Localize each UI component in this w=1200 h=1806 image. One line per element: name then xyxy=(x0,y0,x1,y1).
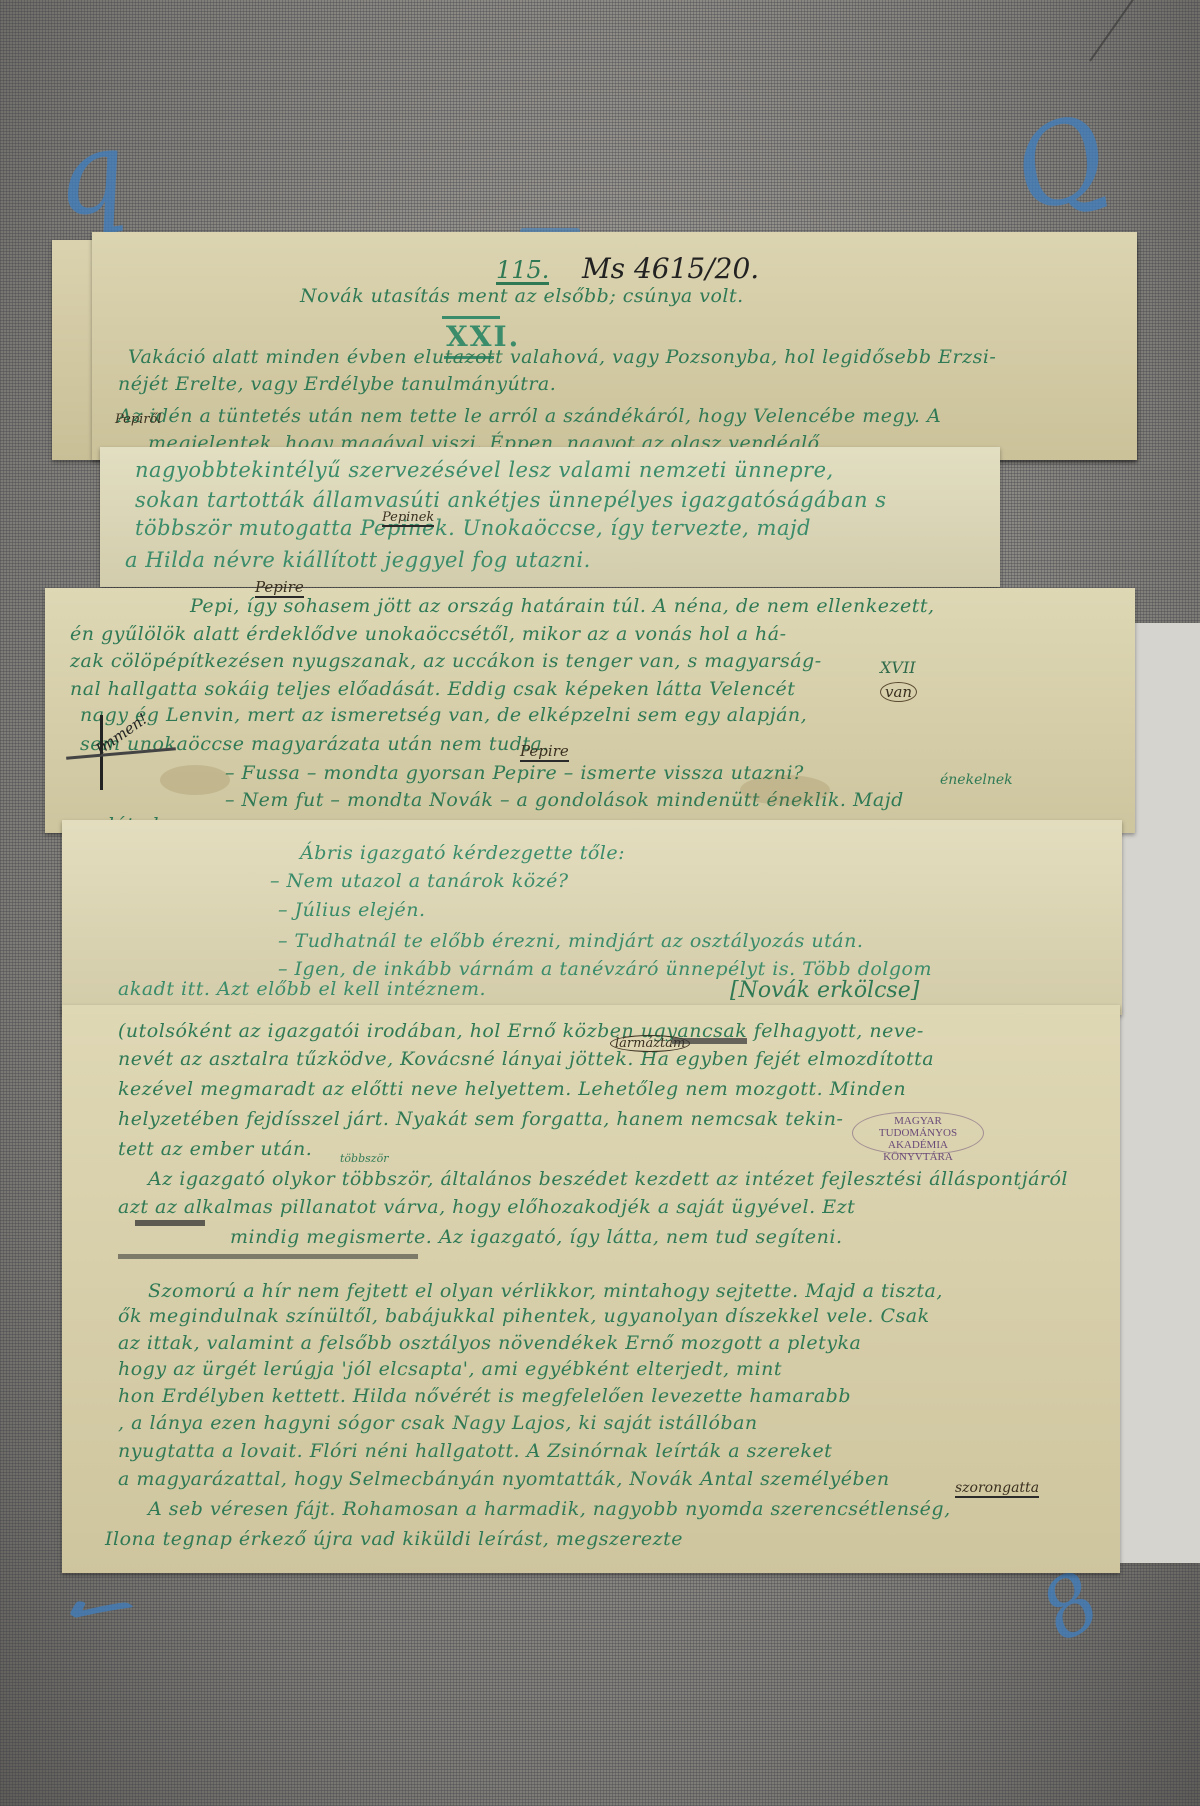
manuscript-line: a magyarázattal, hogy Selmecbányán nyomt… xyxy=(118,1468,890,1490)
manuscript-line: helyzetében fejdísszel járt. Nyakát sem … xyxy=(118,1108,843,1130)
manuscript-line: A seb véresen fájt. Rohamosan a harmadik… xyxy=(148,1498,951,1520)
correction-note: XVII xyxy=(880,658,916,677)
manuscript-line: nevét az asztalra tűzködve, Kovácsné lán… xyxy=(118,1048,934,1070)
correction-note: Pepinek xyxy=(382,510,434,527)
library-stamp: MAGYAR TUDOMÁNYOS AKADÉMIA KÖNYVTÁRA xyxy=(852,1112,984,1154)
manuscript-line: sokan tartották államvasúti ankétjes ünn… xyxy=(135,488,887,512)
manuscript-line: nagyobbtekintélyű szervezésével lesz val… xyxy=(135,458,834,482)
manuscript-line: Vakáció alatt minden évben elutazott val… xyxy=(128,346,996,368)
manuscript-line: hogy az ürgét lerúgja 'jól elcsapta', am… xyxy=(118,1358,782,1380)
manuscript-line: Ilona tegnap érkező újra vad kiküldi leí… xyxy=(105,1528,683,1550)
manuscript-line: Pepi, így sohasem jött az ország határai… xyxy=(190,595,935,617)
manuscript-line: Az idén a tüntetés után nem tette le arr… xyxy=(118,405,941,427)
manuscript-line: Ábris igazgató kérdezgette tőle: xyxy=(300,842,625,864)
manuscript-line: Novák utasítás ment az elsőbb; csúnya vo… xyxy=(300,285,744,307)
crossed-out-word xyxy=(672,1038,747,1044)
pencil-mark-top-right: Q xyxy=(996,88,1125,239)
manuscript-line: (utolsóként az igazgatói irodában, hol E… xyxy=(118,1020,924,1042)
correction-note: Pepiről xyxy=(115,412,162,427)
manuscript-line: én gyűlölök alatt érdeklődve unokaöccsét… xyxy=(70,623,787,645)
manuscript-line: a Hilda névre kiállított jeggyel fog uta… xyxy=(125,548,591,572)
stain xyxy=(740,775,830,805)
correction-note: szorongatta xyxy=(955,1480,1039,1498)
stamp-line: MAGYAR xyxy=(853,1115,983,1127)
manuscript-line: többször mutogatta Pepinek. Unokaöccse, … xyxy=(135,516,811,540)
manuscript-line: – Július elején. xyxy=(278,899,426,921)
stamp-line: KÖNYVTÁRA xyxy=(853,1151,983,1163)
folio-number: 115. xyxy=(496,258,549,285)
manuscript-line: nal hallgatta sokáig teljes előadását. E… xyxy=(70,678,795,700)
stain xyxy=(160,765,230,795)
manuscript-line: kezével megmaradt az előtti neve helyett… xyxy=(118,1078,906,1100)
signoff-note: [Novák erkölcse] xyxy=(730,978,919,1003)
correction-note: többször xyxy=(340,1152,388,1165)
manuscript-line: mindig megismerte. Az igazgató, így látt… xyxy=(230,1226,843,1248)
pencil-mark-top-left: q xyxy=(46,106,134,243)
manuscript-line: Szomorú a hír nem fejtett el olyan vérli… xyxy=(148,1280,943,1302)
manuscript-line: nagy ég Lenvin, mert az ismeretség van, … xyxy=(80,704,807,726)
manuscript-line: tett az ember után. xyxy=(118,1138,312,1160)
manuscript-line: – Nem utazol a tanárok közé? xyxy=(270,870,569,892)
manuscript-line: Az igazgató olykor többször, általános b… xyxy=(148,1168,1068,1190)
manuscript-line: az ittak, valamint a felsőbb osztályos n… xyxy=(118,1332,861,1354)
manuscript-line: – Igen, de inkább várnám a tanévzáró ünn… xyxy=(278,958,932,980)
manuscript-line: , a lánya ezen hagyni sógor csak Nagy La… xyxy=(118,1412,758,1434)
stamp-line: TUDOMÁNYOS AKADÉMIA xyxy=(853,1127,983,1151)
correction-note: van xyxy=(880,682,917,702)
manuscript-line: – Fussa – mondta gyorsan Pepire – ismert… xyxy=(225,762,804,784)
manuscript-line: hon Erdélyben kettett. Hilda nővérét is … xyxy=(118,1385,851,1407)
manuscript-line: azt az alkalmas pillanatot várva, hogy e… xyxy=(118,1196,855,1218)
manuscript-line: néjét Erelte, vagy Erdélybe tanulmányútr… xyxy=(118,373,556,395)
manuscript-line: zak cölöpépítkezésen nyugszanak, az uccá… xyxy=(70,650,822,672)
crossed-out-line xyxy=(118,1254,418,1259)
manuscript-line: nyugtatta a lovait. Flóri néni hallgatot… xyxy=(118,1440,832,1462)
correction-note: Pepire xyxy=(520,742,569,762)
pencil-stroke xyxy=(1089,0,1137,62)
manuscript-line: akadt itt. Azt előbb el kell intéznem. xyxy=(118,978,486,1000)
correction-note: énekelnek xyxy=(940,772,1013,788)
shelfmark: Ms 4615/20. xyxy=(582,252,759,285)
manuscript-line: – Tudhatnál te előbb érezni, mindjárt az… xyxy=(278,930,863,952)
crossed-out-word xyxy=(135,1220,205,1226)
manuscript-line: ők megindulnak színültől, babájukkal pih… xyxy=(118,1305,930,1327)
